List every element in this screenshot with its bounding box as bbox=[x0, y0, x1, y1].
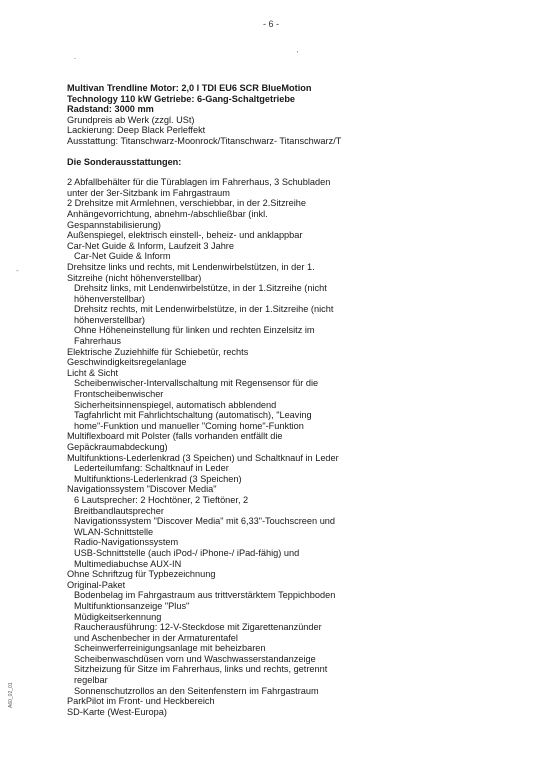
option-line: Sitzheizung für Sitze im Fahrerhaus, lin… bbox=[74, 664, 537, 675]
option-line: Sitzreihe (nicht höhenverstellbar) bbox=[67, 273, 537, 284]
option-line: Drehsitz links, mit Lendenwirbelstütze, … bbox=[74, 283, 537, 294]
option-line: 2 Abfallbehälter für die Türablagen im F… bbox=[67, 177, 537, 188]
option-line: regelbar bbox=[74, 675, 537, 686]
option-line: und Aschenbecher in der Armaturentafel bbox=[74, 633, 537, 644]
option-line: Drehsitze links und rechts, mit Lendenwi… bbox=[67, 262, 537, 273]
sub-option-item: Drehsitz rechts, mit Lendenwirbelstütze,… bbox=[67, 304, 537, 325]
option-line: Anhängevorrichtung, abnehm-/abschließbar… bbox=[67, 209, 537, 220]
vehicle-header: Multivan Trendline Motor: 2,0 l TDI EU6 … bbox=[67, 83, 537, 147]
header-line: Radstand: 3000 mm bbox=[67, 104, 537, 115]
scan-mark: ' bbox=[297, 51, 298, 58]
option-line: Licht & Sicht bbox=[67, 368, 537, 379]
header-line: Multivan Trendline Motor: 2,0 l TDI EU6 … bbox=[67, 83, 537, 94]
option-line: Müdigkeitserkennung bbox=[74, 612, 537, 623]
option-line: Car-Net Guide & Inform, Laufzeit 3 Jahre bbox=[67, 241, 537, 252]
option-item: ParkPilot im Front- und Heckbereich bbox=[67, 696, 537, 707]
sub-option-item: Bodenbelag im Fahrgastraum aus trittvers… bbox=[67, 590, 537, 601]
sub-option-item: Ohne Höheneinstellung für linken und rec… bbox=[67, 325, 537, 346]
option-line: Drehsitz rechts, mit Lendenwirbelstütze,… bbox=[74, 304, 537, 315]
option-line: Gepäckraumabdeckung) bbox=[67, 442, 537, 453]
option-line: höhenverstellbar) bbox=[74, 315, 537, 326]
section-title: Die Sonderausstattungen: bbox=[67, 157, 537, 168]
option-item: Drehsitze links und rechts, mit Lendenwi… bbox=[67, 262, 537, 283]
sub-option-item: USB-Schnittstelle (auch iPod-/ iPhone-/ … bbox=[67, 548, 537, 569]
option-item: Anhängevorrichtung, abnehm-/abschließbar… bbox=[67, 209, 537, 230]
option-line: Geschwindigkeitsregelanlage bbox=[67, 357, 537, 368]
options-list: 2 Abfallbehälter für die Türablagen im F… bbox=[67, 177, 537, 717]
option-line: 2 Drehsitze mit Armlehnen, verschiebbar,… bbox=[67, 198, 537, 209]
sub-option-item: Scheinwerferreinigungsanlage mit beheizb… bbox=[67, 643, 537, 664]
sub-option-item: Sitzheizung für Sitze im Fahrerhaus, lin… bbox=[67, 664, 537, 685]
option-item: Original-Paket bbox=[67, 580, 537, 591]
option-line: Gespannstabilisierung) bbox=[67, 220, 537, 231]
trim-line: Ausstattung: Titanschwarz-Moonrock/Titan… bbox=[67, 136, 537, 147]
option-line: Raucherausführung: 12-V-Steckdose mit Zi… bbox=[74, 622, 537, 633]
option-line: Navigationssystem "Discover Media" mit 6… bbox=[74, 516, 537, 527]
option-item: Multifunktions-Lederlenkrad (3 Speichen)… bbox=[67, 453, 537, 464]
option-line: Fahrerhaus bbox=[74, 336, 537, 347]
sub-option-item: Müdigkeitserkennung bbox=[67, 612, 537, 623]
option-line: USB-Schnittstelle (auch iPod-/ iPhone-/ … bbox=[74, 548, 537, 559]
option-item: Elektrische Zuziehhilfe für Schiebetür, … bbox=[67, 347, 537, 358]
option-line: Scheibenwischer-Intervallschaltung mit R… bbox=[74, 378, 537, 389]
price-line: Grundpreis ab Werk (zzgl. USt) bbox=[67, 115, 537, 126]
option-line: Multifunktions-Lederlenkrad (3 Speichen) bbox=[74, 474, 537, 485]
option-line: Original-Paket bbox=[67, 580, 537, 591]
punch-hole-mark: - bbox=[16, 266, 19, 275]
option-item: 2 Drehsitze mit Armlehnen, verschiebbar,… bbox=[67, 198, 537, 209]
option-line: Lederteilumfang: Schaltknauf in Leder bbox=[74, 463, 537, 474]
sub-option-item: Multifunktionsanzeige "Plus" bbox=[67, 601, 537, 612]
option-line: Scheinwerferreinigungsanlage mit beheizb… bbox=[74, 643, 537, 654]
option-line: Tagfahrlicht mit Fahrlichtschaltung (aut… bbox=[74, 410, 537, 421]
option-item: Car-Net Guide & Inform, Laufzeit 3 Jahre bbox=[67, 241, 537, 252]
option-line: Multifunktions-Lederlenkrad (3 Speichen)… bbox=[67, 453, 537, 464]
sub-option-item: Car-Net Guide & Inform bbox=[67, 251, 537, 262]
sub-option-item: Sicherheitsinnenspiegel, automatisch abb… bbox=[67, 400, 537, 411]
option-line: unter der 3er-Sitzbank im Fahrgastraum bbox=[67, 188, 537, 199]
document-code: A60_02_01 bbox=[8, 682, 14, 708]
option-item: Ohne Schriftzug für Typbezeichnung bbox=[67, 569, 537, 580]
option-line: Sonnenschutzrollos an den Seitenfenstern… bbox=[74, 686, 537, 697]
option-line: Multifunktionsanzeige "Plus" bbox=[74, 601, 537, 612]
option-line: Breitbandlautsprecher bbox=[74, 506, 537, 517]
option-line: ParkPilot im Front- und Heckbereich bbox=[67, 696, 537, 707]
option-line: WLAN-Schnittstelle bbox=[74, 527, 537, 538]
option-line: Sicherheitsinnenspiegel, automatisch abb… bbox=[74, 400, 537, 411]
option-line: 6 Lautsprecher: 2 Hochtöner, 2 Tieftöner… bbox=[74, 495, 537, 506]
option-line: höhenverstellbar) bbox=[74, 294, 537, 305]
option-line: Car-Net Guide & Inform bbox=[74, 251, 537, 262]
sub-option-item: Lederteilumfang: Schaltknauf in Leder bbox=[67, 463, 537, 474]
sub-option-item: Scheibenwischer-Intervallschaltung mit R… bbox=[67, 378, 537, 399]
option-line: Frontscheibenwischer bbox=[74, 389, 537, 400]
option-line: SD-Karte (West-Europa) bbox=[67, 707, 537, 718]
sub-option-item: Drehsitz links, mit Lendenwirbelstütze, … bbox=[67, 283, 537, 304]
sub-option-item: Tagfahrlicht mit Fahrlichtschaltung (aut… bbox=[67, 410, 537, 431]
option-item: SD-Karte (West-Europa) bbox=[67, 707, 537, 718]
option-line: Ohne Schriftzug für Typbezeichnung bbox=[67, 569, 537, 580]
document-body: Multivan Trendline Motor: 2,0 l TDI EU6 … bbox=[67, 83, 537, 717]
option-line: Außenspiegel, elektrisch einstell-, behe… bbox=[67, 230, 537, 241]
option-line: Navigationssystem "Discover Media" bbox=[67, 484, 537, 495]
scan-mark: - bbox=[74, 56, 76, 62]
option-line: Ohne Höheneinstellung für linken und rec… bbox=[74, 325, 537, 336]
option-item: Licht & Sicht bbox=[67, 368, 537, 379]
option-line: home"-Funktion und manueller "Coming hom… bbox=[74, 421, 537, 432]
option-item: Außenspiegel, elektrisch einstell-, behe… bbox=[67, 230, 537, 241]
option-line: Bodenbelag im Fahrgastraum aus trittvers… bbox=[74, 590, 537, 601]
sub-option-item: Raucherausführung: 12-V-Steckdose mit Zi… bbox=[67, 622, 537, 643]
sub-option-item: Multifunktions-Lederlenkrad (3 Speichen) bbox=[67, 474, 537, 485]
paint-line: Lackierung: Deep Black Perleffekt bbox=[67, 125, 537, 136]
option-item: Geschwindigkeitsregelanlage bbox=[67, 357, 537, 368]
sub-option-item: 6 Lautsprecher: 2 Hochtöner, 2 Tieftöner… bbox=[67, 495, 537, 516]
option-line: Multiflexboard mit Polster (falls vorhan… bbox=[67, 431, 537, 442]
sub-option-item: Navigationssystem "Discover Media" mit 6… bbox=[67, 516, 537, 537]
page-number: - 6 - bbox=[0, 19, 542, 29]
option-line: Radio-Navigationssystem bbox=[74, 537, 537, 548]
option-item: Navigationssystem "Discover Media" bbox=[67, 484, 537, 495]
option-line: Scheibenwaschdüsen vorn und Waschwassers… bbox=[74, 654, 537, 665]
sub-option-item: Radio-Navigationssystem bbox=[67, 537, 537, 548]
option-item: Multiflexboard mit Polster (falls vorhan… bbox=[67, 431, 537, 452]
option-line: Multimediabuchse AUX-IN bbox=[74, 559, 537, 570]
option-line: Elektrische Zuziehhilfe für Schiebetür, … bbox=[67, 347, 537, 358]
header-line: Technology 110 kW Getriebe: 6-Gang-Schal… bbox=[67, 94, 537, 105]
option-item: 2 Abfallbehälter für die Türablagen im F… bbox=[67, 177, 537, 198]
sub-option-item: Sonnenschutzrollos an den Seitenfenstern… bbox=[67, 686, 537, 697]
